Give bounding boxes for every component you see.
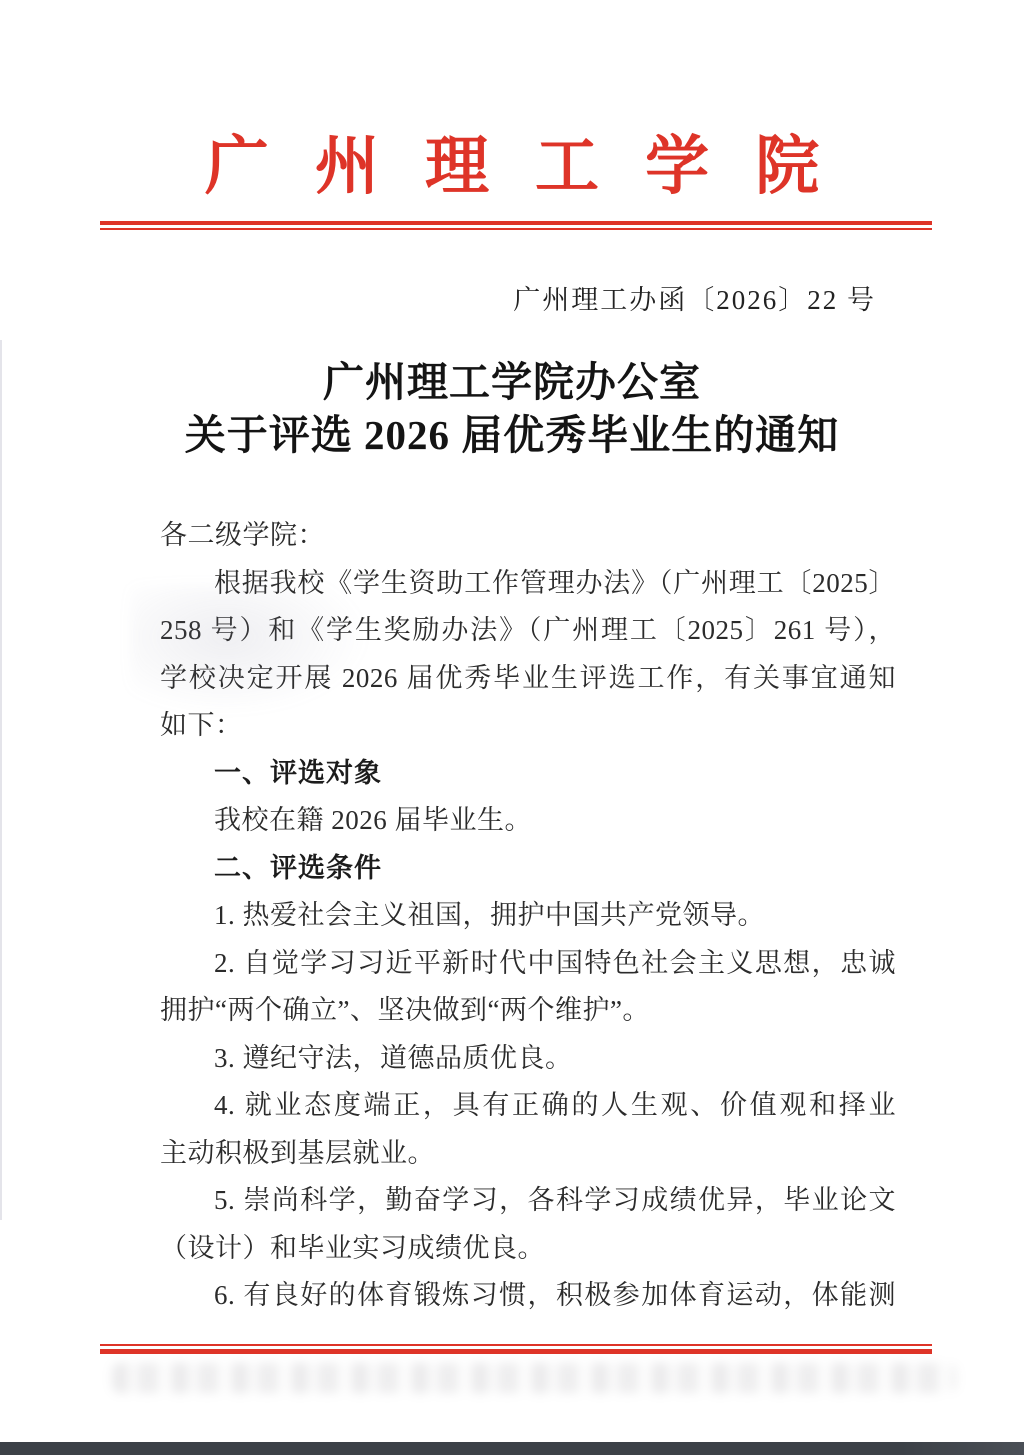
condition-item-2-l1: 2. 自觉学习习近平新时代中国特色社会主义思想，忠诚 xyxy=(160,940,896,988)
scan-left-edge-artifact xyxy=(0,340,2,1220)
condition-item-1: 1. 热爱社会主义祖国，拥护中国共产党领导。 xyxy=(160,892,896,940)
condition-item-4-l2: 主动积极到基层就业。 xyxy=(160,1130,896,1178)
scan-smudge-artifact xyxy=(130,585,370,715)
document-title-line2: 关于评选 2026 届优秀毕业生的通知 xyxy=(0,409,1024,462)
condition-item-3: 3. 遵纪守法，道德品质优良。 xyxy=(160,1035,896,1083)
scanned-notice-page: 广州理工学院 广州理工办函〔2026〕22 号 广州理工学院办公室 关于评选 2… xyxy=(0,0,1024,1455)
document-title: 广州理工学院办公室 关于评选 2026 届优秀毕业生的通知 xyxy=(0,356,1024,462)
section-2-heading: 二、评选条件 xyxy=(160,845,896,893)
university-masthead: 广州理工学院 xyxy=(0,132,1024,202)
condition-item-5-l2: （设计）和毕业实习成绩优良。 xyxy=(160,1225,896,1273)
university-name: 广州理工学院 xyxy=(205,132,865,202)
salutation: 各二级学院： xyxy=(160,512,896,560)
section-1-text: 我校在籍 2026 届毕业生。 xyxy=(160,797,896,845)
condition-item-5-l1: 5. 崇尚科学，勤奋学习，各科学习成绩优异，毕业论文 xyxy=(160,1177,896,1225)
scan-bottom-edge-band xyxy=(0,1442,1024,1455)
document-number: 广州理工办函〔2026〕22 号 xyxy=(513,278,876,317)
document-title-line1: 广州理工学院办公室 xyxy=(0,356,1024,409)
section-1-heading: 一、评选对象 xyxy=(160,750,896,798)
bleed-through-ghost-text xyxy=(112,1363,956,1393)
condition-item-2-l2: 拥护“两个确立”、坚决做到“两个维护”。 xyxy=(160,987,896,1035)
footer-double-rule xyxy=(100,1344,932,1354)
header-double-rule xyxy=(100,221,932,230)
condition-item-6-l1: 6. 有良好的体育锻炼习惯，积极参加体育运动，体能测 xyxy=(160,1272,896,1320)
condition-item-4-l1: 4. 就业态度端正，具有正确的人生观、价值观和择业观， xyxy=(160,1082,896,1130)
